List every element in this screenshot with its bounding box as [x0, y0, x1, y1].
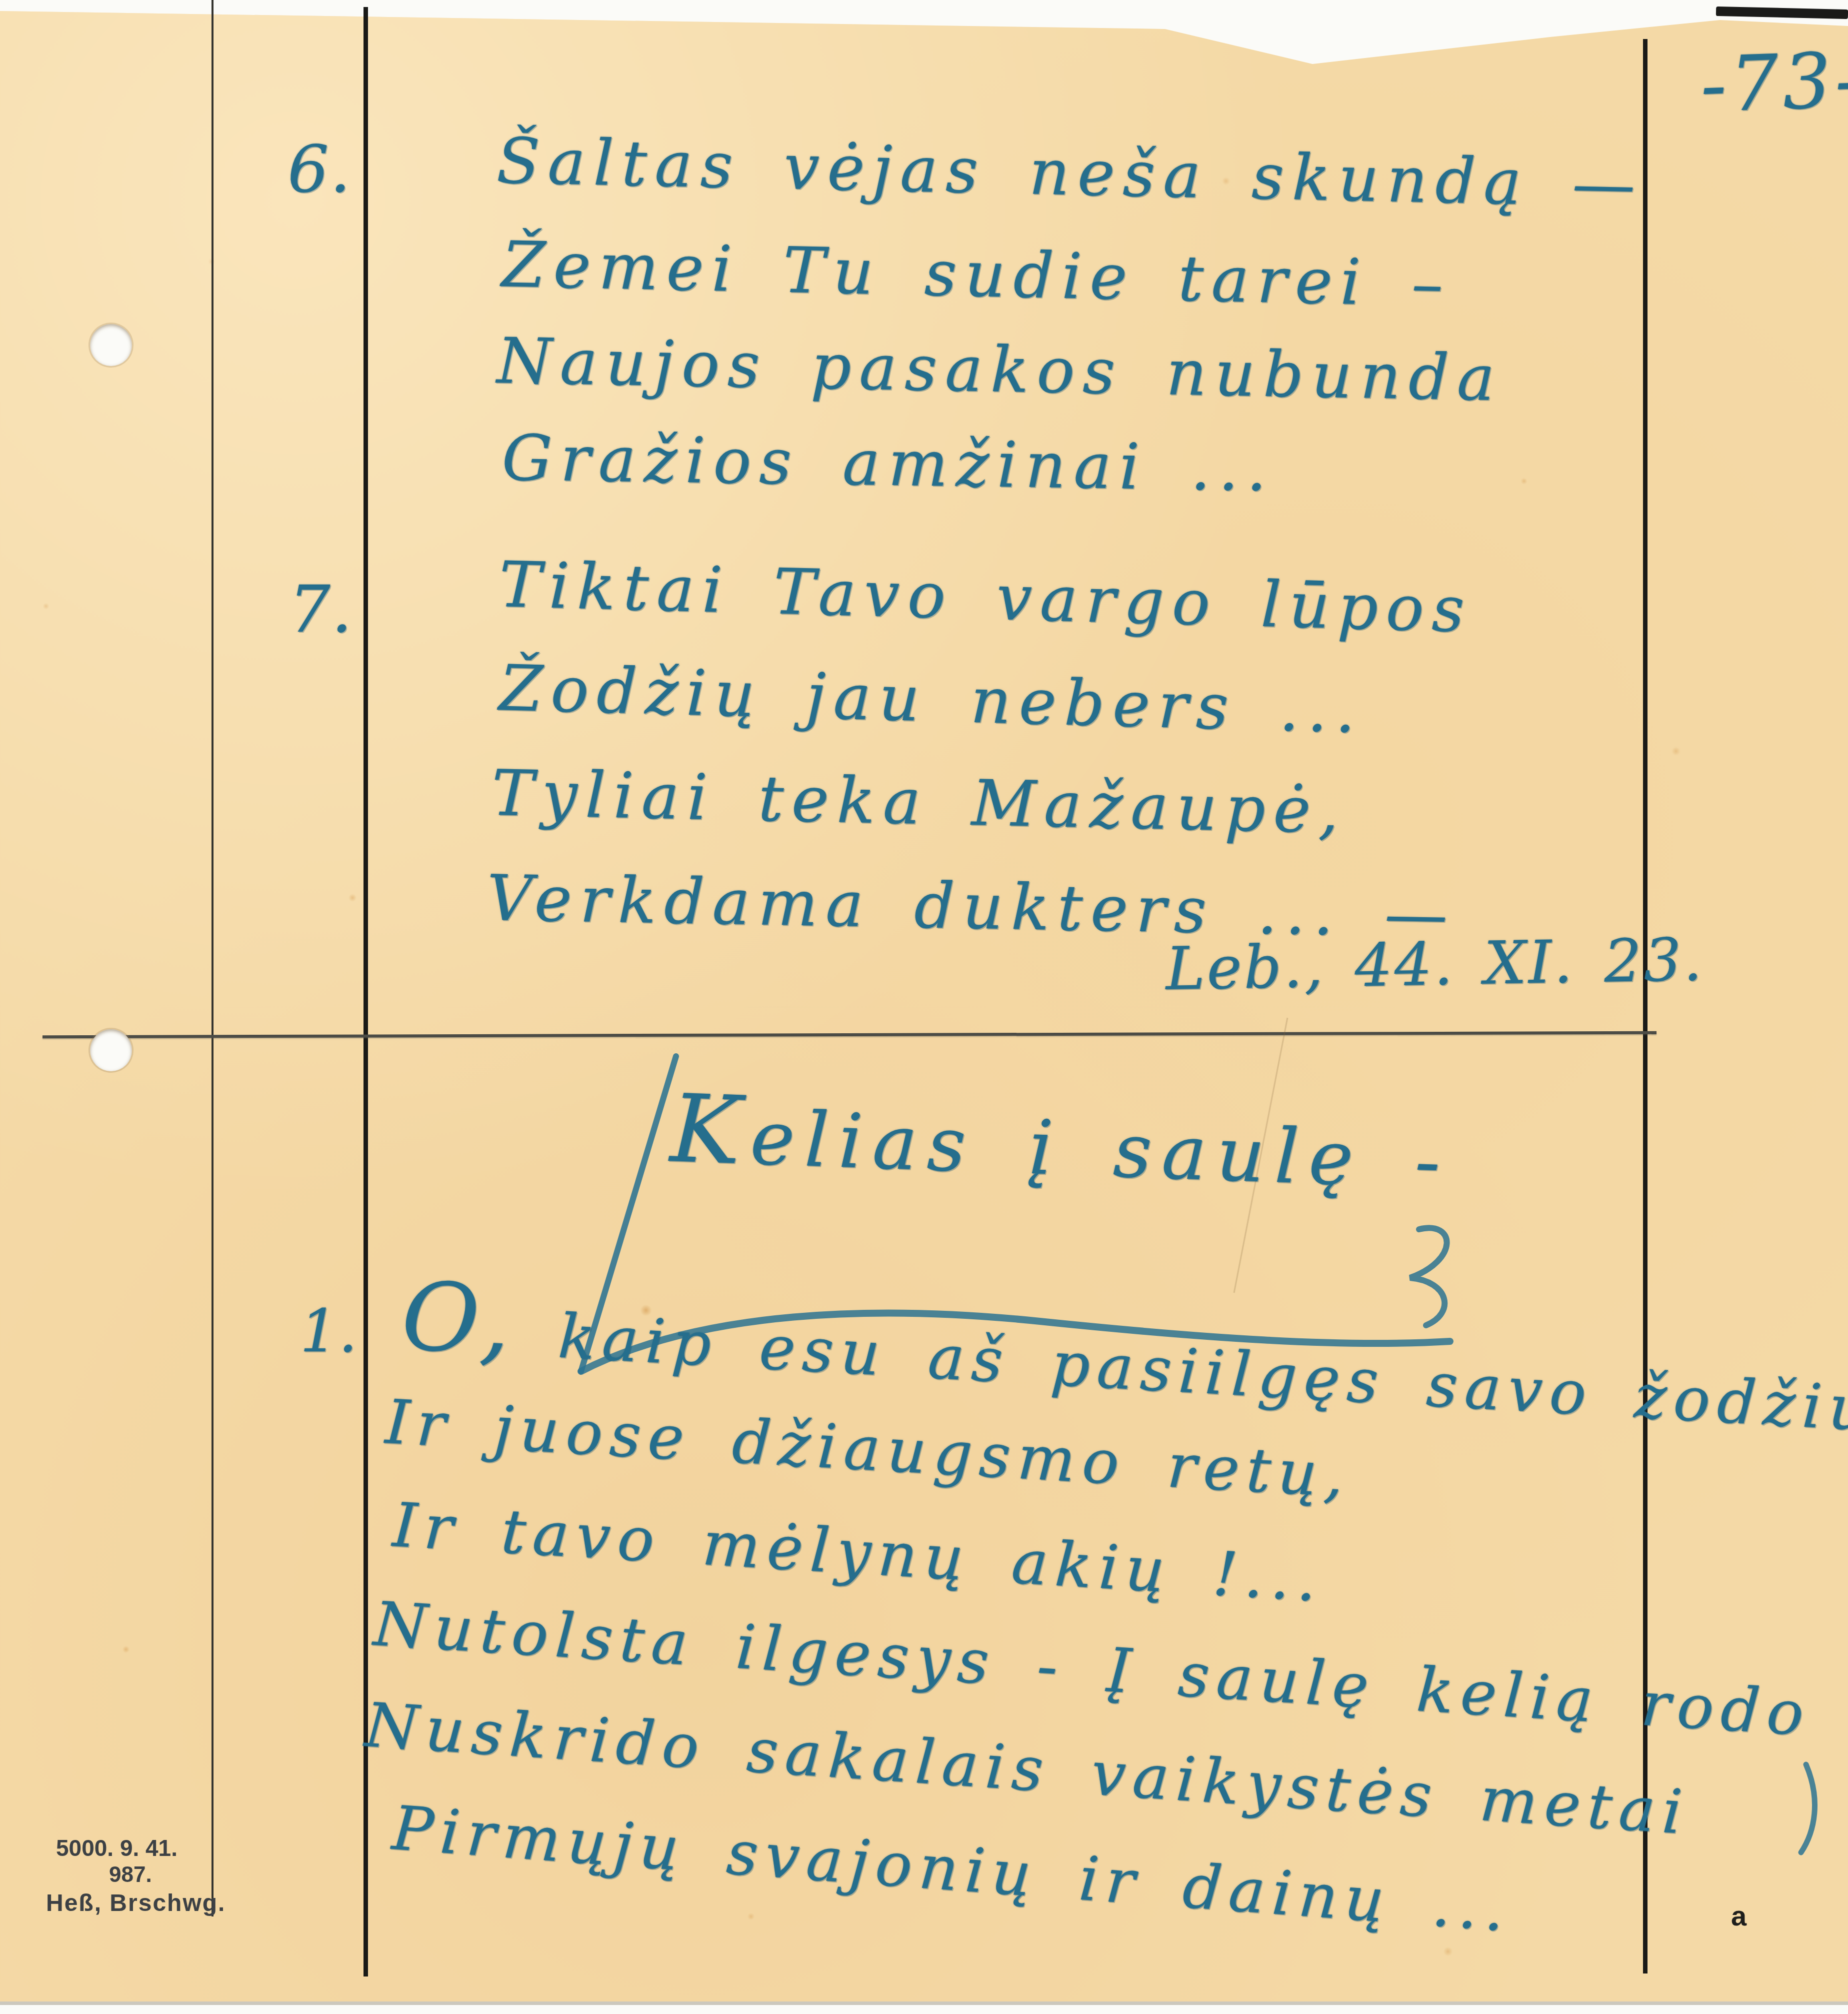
stanza-number-6: 6.	[287, 131, 351, 207]
printer-imprint-line1: 5000. 9. 41.	[56, 1834, 177, 1861]
margin-rule-left	[363, 7, 368, 1976]
date-line: Leb., 44. XI. 23.	[1165, 925, 1704, 1003]
verse-line: Gražios amžinai ...	[501, 421, 1275, 506]
punch-hole-top	[90, 324, 132, 366]
punch-hole-bottom	[90, 1029, 132, 1071]
page-number: -73-	[1699, 36, 1848, 130]
printer-imprint-line2: 987.	[109, 1862, 152, 1887]
scan-artifact-streak	[1716, 7, 1848, 19]
printer-imprint-line3: Heß, Brschwg.	[46, 1889, 225, 1917]
paper-bottom-edge	[0, 2001, 1848, 2005]
margin-rule-thin	[211, 0, 213, 1916]
corner-letter-mark: a	[1731, 1899, 1746, 1932]
scanned-manuscript-page: -73- 6. Šaltas vėjas neša skundą — Žemei…	[0, 0, 1848, 2014]
stanza-number-1: 1.	[300, 1296, 358, 1365]
stanza-number-7: 7.	[289, 571, 353, 647]
